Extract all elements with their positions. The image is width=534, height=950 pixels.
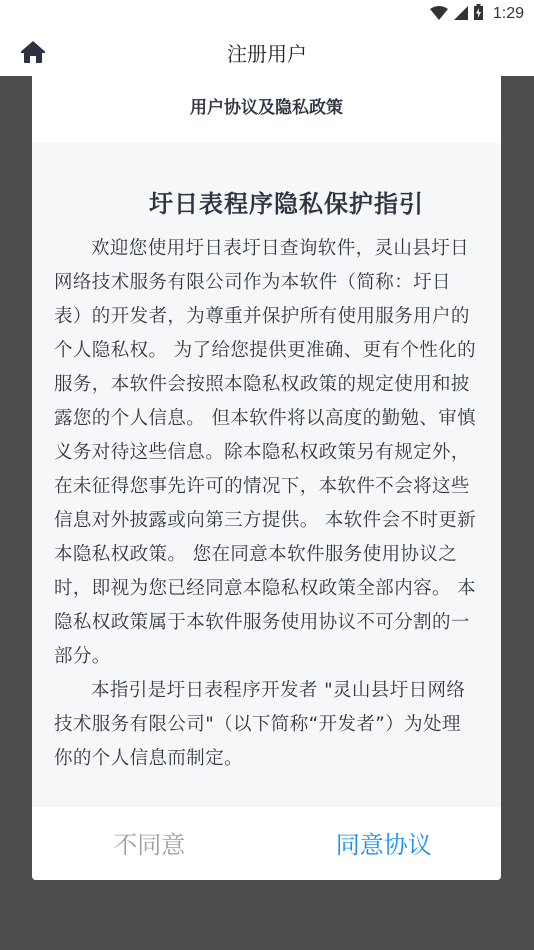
status-bar: 1:29 [0, 0, 534, 28]
nav-bar: 注册用户 [0, 28, 534, 76]
cellular-signal-icon [454, 5, 468, 24]
content-paragraph: 欢迎您使用圩日表圩日查询软件，灵山县圩日网络技术服务有限公司作为本软件（简称：圩… [54, 232, 479, 674]
privacy-dialog: 用户协议及隐私政策 圩日表程序隐私保护指引 欢迎您使用圩日表圩日查询软件，灵山县… [32, 76, 501, 880]
dialog-content-scroll[interactable]: 圩日表程序隐私保护指引 欢迎您使用圩日表圩日查询软件，灵山县圩日网络技术服务有限… [32, 143, 501, 807]
page-title: 注册用户 [0, 38, 534, 67]
status-time: 1:29 [493, 5, 524, 23]
dialog-title: 用户协议及隐私政策 [32, 76, 501, 143]
content-heading: 圩日表程序隐私保护指引 [54, 184, 479, 224]
content-paragraph: 本指引是圩日表程序开发者 "灵山县圩日网络技术服务有限公司"（以下简称“开发者”… [54, 674, 479, 776]
agree-button[interactable]: 同意协议 [267, 807, 502, 880]
battery-charging-icon [474, 4, 483, 24]
dialog-actions: 不同意 同意协议 [32, 807, 501, 880]
disagree-button[interactable]: 不同意 [32, 807, 267, 880]
wifi-icon [430, 5, 448, 24]
